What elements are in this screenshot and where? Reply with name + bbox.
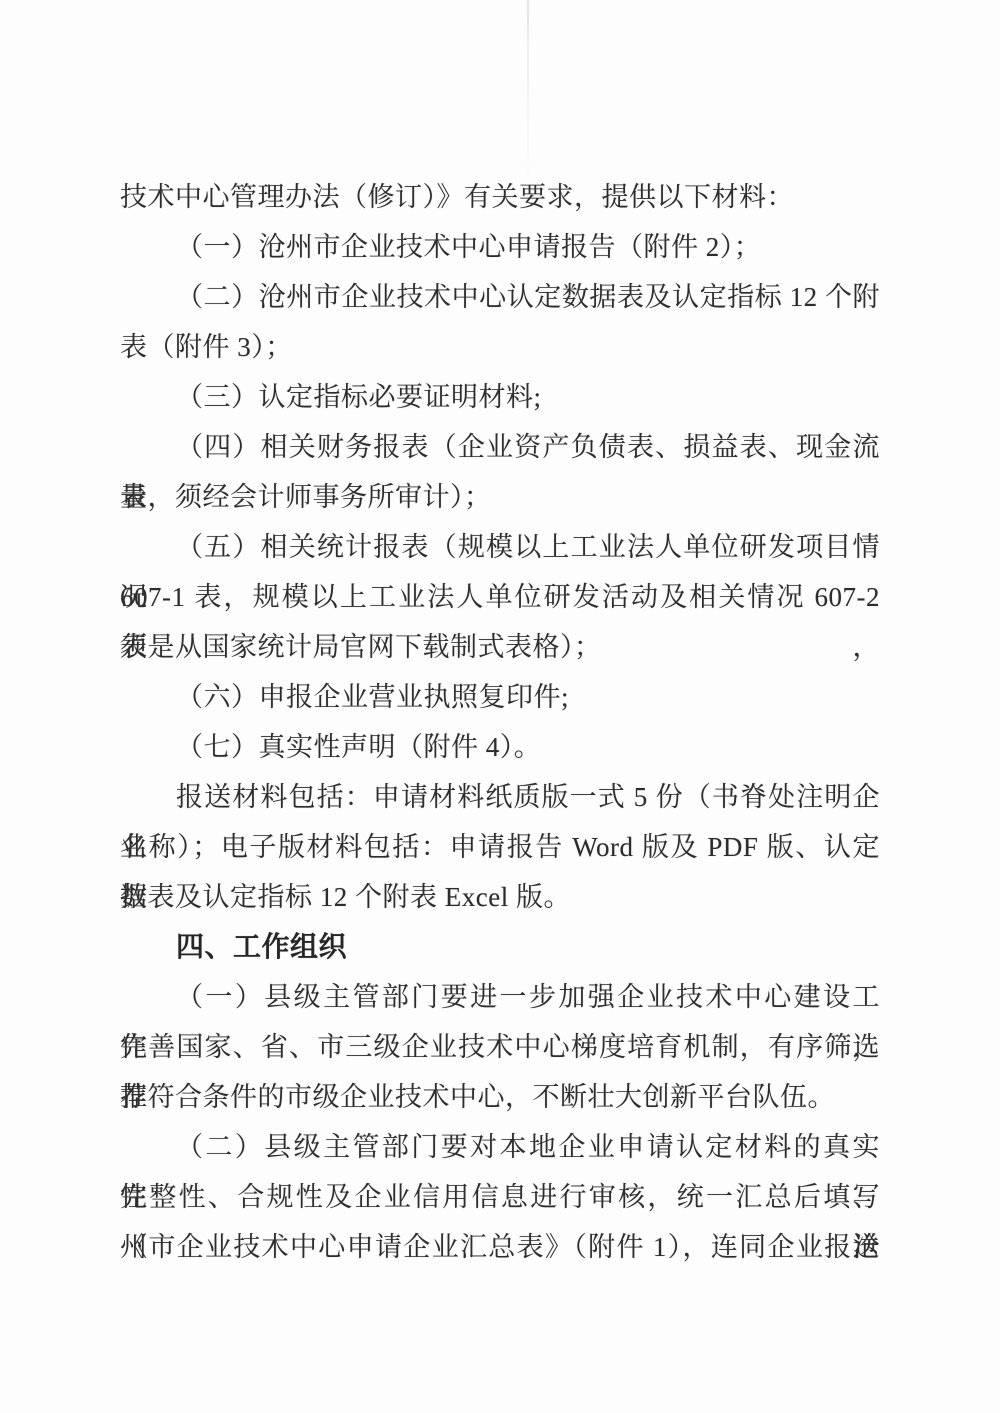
text-line: 技术中心管理办法（修订）》有关要求，提供以下材料： [120,172,880,222]
text-line: （四）相关财务报表（企业资产负债表、损益表、现金流量 [120,422,880,472]
text-line: 607-1 表，规模以上工业法人单位研发活动及相关情况 607-2 表， [120,572,880,622]
text-line: （七）真实性声明（附件 4）。 [120,722,880,772]
text-line: 据表及认定指标 12 个附表 Excel 版。 [120,872,880,922]
document-text-block: 技术中心管理办法（修订）》有关要求，提供以下材料：（一）沧州市企业技术中心申请报… [120,172,880,1272]
document-page: 技术中心管理办法（修订）》有关要求，提供以下材料：（一）沧州市企业技术中心申请报… [0,0,1000,1413]
text-line: （二）沧州市企业技术中心认定数据表及认定指标 12 个附 [120,272,880,322]
text-line: （三）认定指标必要证明材料; [120,372,880,422]
text-line: 报送材料包括：申请材料纸质版一式 5 份（书脊处注明企业 [120,772,880,822]
text-line: 荐符合条件的市级企业技术中心，不断壮大创新平台队伍。 [120,1072,880,1122]
text-line: （一）县级主管部门要进一步加强企业技术中心建设工作， [120,972,880,1022]
scan-fold-artifact [527,0,529,185]
text-line: 表（附件 3）； [120,322,880,372]
text-line: 完善国家、省、市三级企业技术中心梯度培育机制，有序筛选推 [120,1022,880,1072]
text-line: 表，须经会计师事务所审计）； [120,472,880,522]
text-line: 州市企业技术中心申请企业汇总表》（附件 1），连同企业报送 [120,1222,880,1272]
section-heading: 四、工作组织 [120,922,880,972]
text-line: （六）申报企业营业执照复印件; [120,672,880,722]
text-line: 完整性、合规性及企业信用信息进行审核，统一汇总后填写《沧 [120,1172,880,1222]
text-line: 名称）；电子版材料包括：申请报告 Word 版及 PDF 版、认定数 [120,822,880,872]
text-line: （一）沧州市企业技术中心申请报告（附件 2）； [120,222,880,272]
text-line: （五）相关统计报表（规模以上工业法人单位研发项目情况 [120,522,880,572]
text-line: （二）县级主管部门要对本地企业申请认定材料的真实性、 [120,1122,880,1172]
